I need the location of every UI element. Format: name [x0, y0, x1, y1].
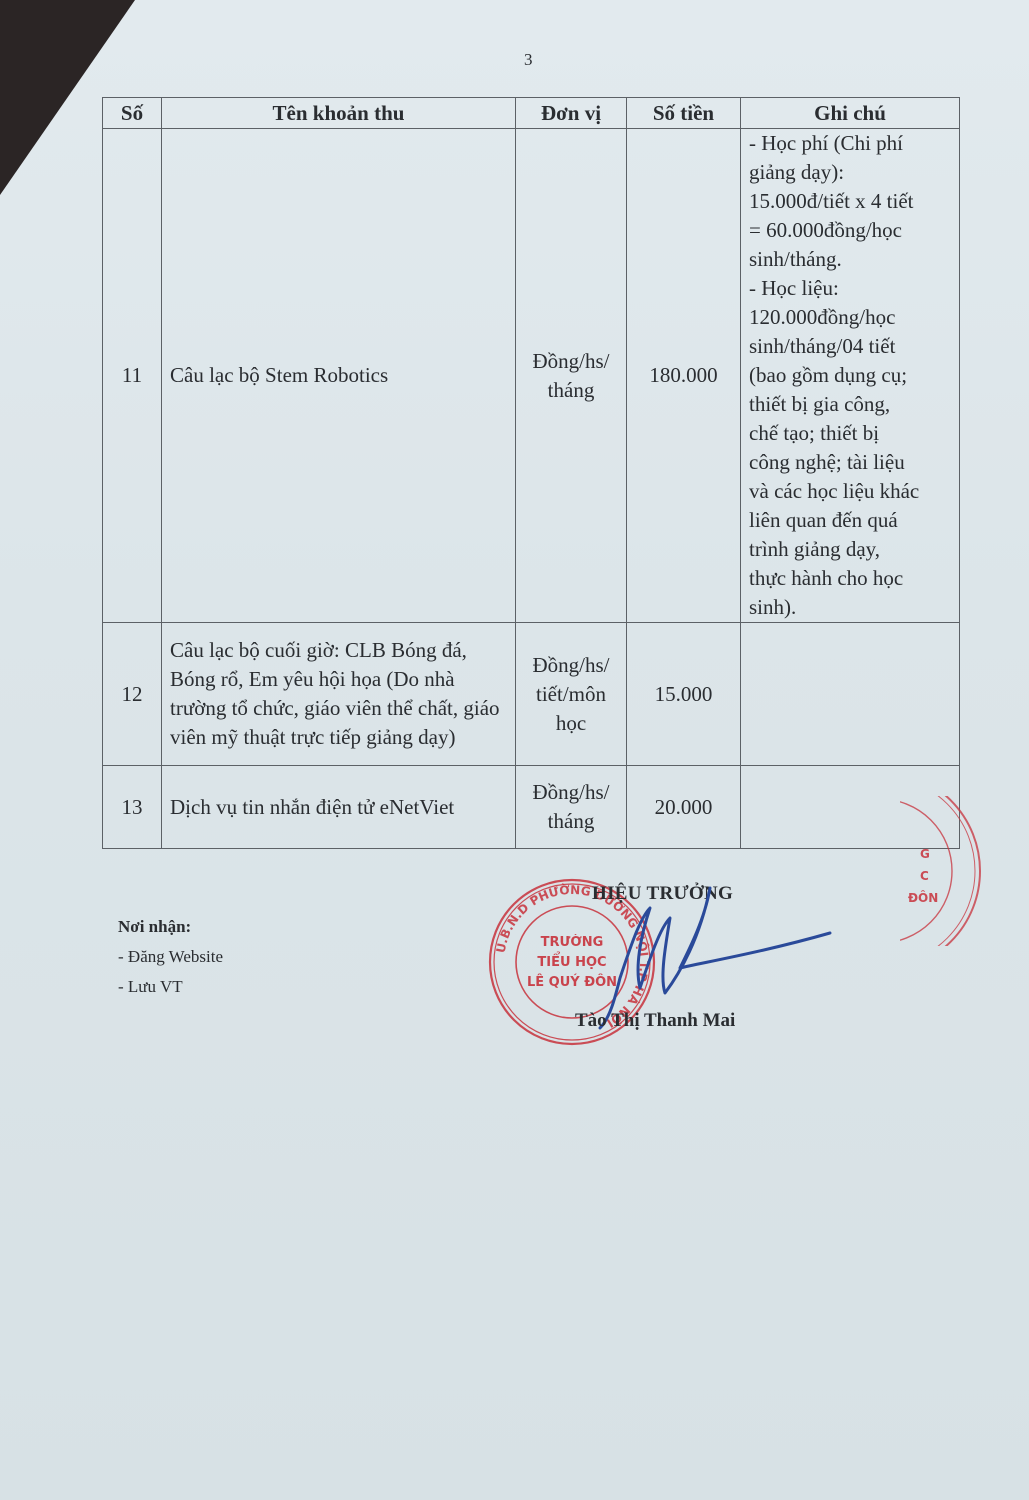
- recipient-item: - Lưu VT: [118, 972, 223, 1002]
- note-line: sinh/tháng.: [749, 245, 951, 274]
- svg-text:G: G: [920, 847, 930, 861]
- recipients-block: Nơi nhận: - Đăng Website - Lưu VT: [118, 912, 223, 1002]
- svg-text:ĐÔN: ĐÔN: [908, 890, 938, 905]
- page-number: 3: [524, 50, 533, 70]
- partial-stamp-icon: G C ĐÔN: [900, 796, 1029, 946]
- note-line: giảng dạy):: [749, 158, 951, 187]
- unit-line: học: [524, 709, 618, 738]
- row-no: 13: [103, 766, 162, 849]
- unit-line: tháng: [524, 807, 618, 836]
- note-line: chế tạo; thiết bị: [749, 419, 951, 448]
- note-line: - Học liệu:: [749, 274, 951, 303]
- header-amount: Số tiền: [627, 98, 741, 129]
- fee-table: Số Tên khoản thu Đơn vị Số tiền Ghi chú …: [102, 97, 960, 849]
- row-amount: 180.000: [627, 129, 741, 623]
- table-row: 12 Câu lạc bộ cuối giờ: CLB Bóng đá, Bón…: [103, 623, 960, 766]
- unit-line: tháng: [524, 376, 618, 405]
- unit-line: Đồng/hs/: [524, 651, 618, 680]
- unit-line: Đồng/hs/: [524, 778, 618, 807]
- note-line: liên quan đến quá: [749, 506, 951, 535]
- note-line: thực hành cho học: [749, 564, 951, 593]
- row-unit: Đồng/hs/ tiết/môn học: [516, 623, 627, 766]
- row-note: [741, 623, 960, 766]
- header-note: Ghi chú: [741, 98, 960, 129]
- svg-text:C: C: [920, 869, 929, 883]
- recipients-title: Nơi nhận:: [118, 912, 223, 942]
- note-line: (bao gồm dụng cụ;: [749, 361, 951, 390]
- row-amount: 15.000: [627, 623, 741, 766]
- row-note: - Học phí (Chi phí giảng dạy): 15.000đ/t…: [741, 129, 960, 623]
- row-unit: Đồng/hs/ tháng: [516, 129, 627, 623]
- note-line: = 60.000đồng/học: [749, 216, 951, 245]
- table-header-row: Số Tên khoản thu Đơn vị Số tiền Ghi chú: [103, 98, 960, 129]
- unit-line: Đồng/hs/: [524, 347, 618, 376]
- note-line: 15.000đ/tiết x 4 tiết: [749, 187, 951, 216]
- note-line: - Học phí (Chi phí: [749, 129, 951, 158]
- row-name: Dịch vụ tin nhắn điện tử eNetViet: [162, 766, 516, 849]
- note-line: công nghệ; tài liệu: [749, 448, 951, 477]
- note-line: sinh/tháng/04 tiết: [749, 332, 951, 361]
- table-row: 11 Câu lạc bộ Stem Robotics Đồng/hs/ thá…: [103, 129, 960, 623]
- unit-line: tiết/môn: [524, 680, 618, 709]
- row-name: Câu lạc bộ cuối giờ: CLB Bóng đá, Bóng r…: [162, 623, 516, 766]
- signer-name: Tào Thị Thanh Mai: [575, 1010, 735, 1032]
- note-line: 120.000đồng/học: [749, 303, 951, 332]
- note-line: sinh).: [749, 593, 951, 622]
- note-line: trình giảng dạy,: [749, 535, 951, 564]
- row-amount: 20.000: [627, 766, 741, 849]
- header-no: Số: [103, 98, 162, 129]
- row-unit: Đồng/hs/ tháng: [516, 766, 627, 849]
- note-line: và các học liệu khác: [749, 477, 951, 506]
- table-row: 13 Dịch vụ tin nhắn điện tử eNetViet Đồn…: [103, 766, 960, 849]
- row-name: Câu lạc bộ Stem Robotics: [162, 129, 516, 623]
- header-unit: Đơn vị: [516, 98, 627, 129]
- header-name: Tên khoản thu: [162, 98, 516, 129]
- recipient-item: - Đăng Website: [118, 942, 223, 972]
- note-line: thiết bị gia công,: [749, 390, 951, 419]
- row-no: 12: [103, 623, 162, 766]
- row-no: 11: [103, 129, 162, 623]
